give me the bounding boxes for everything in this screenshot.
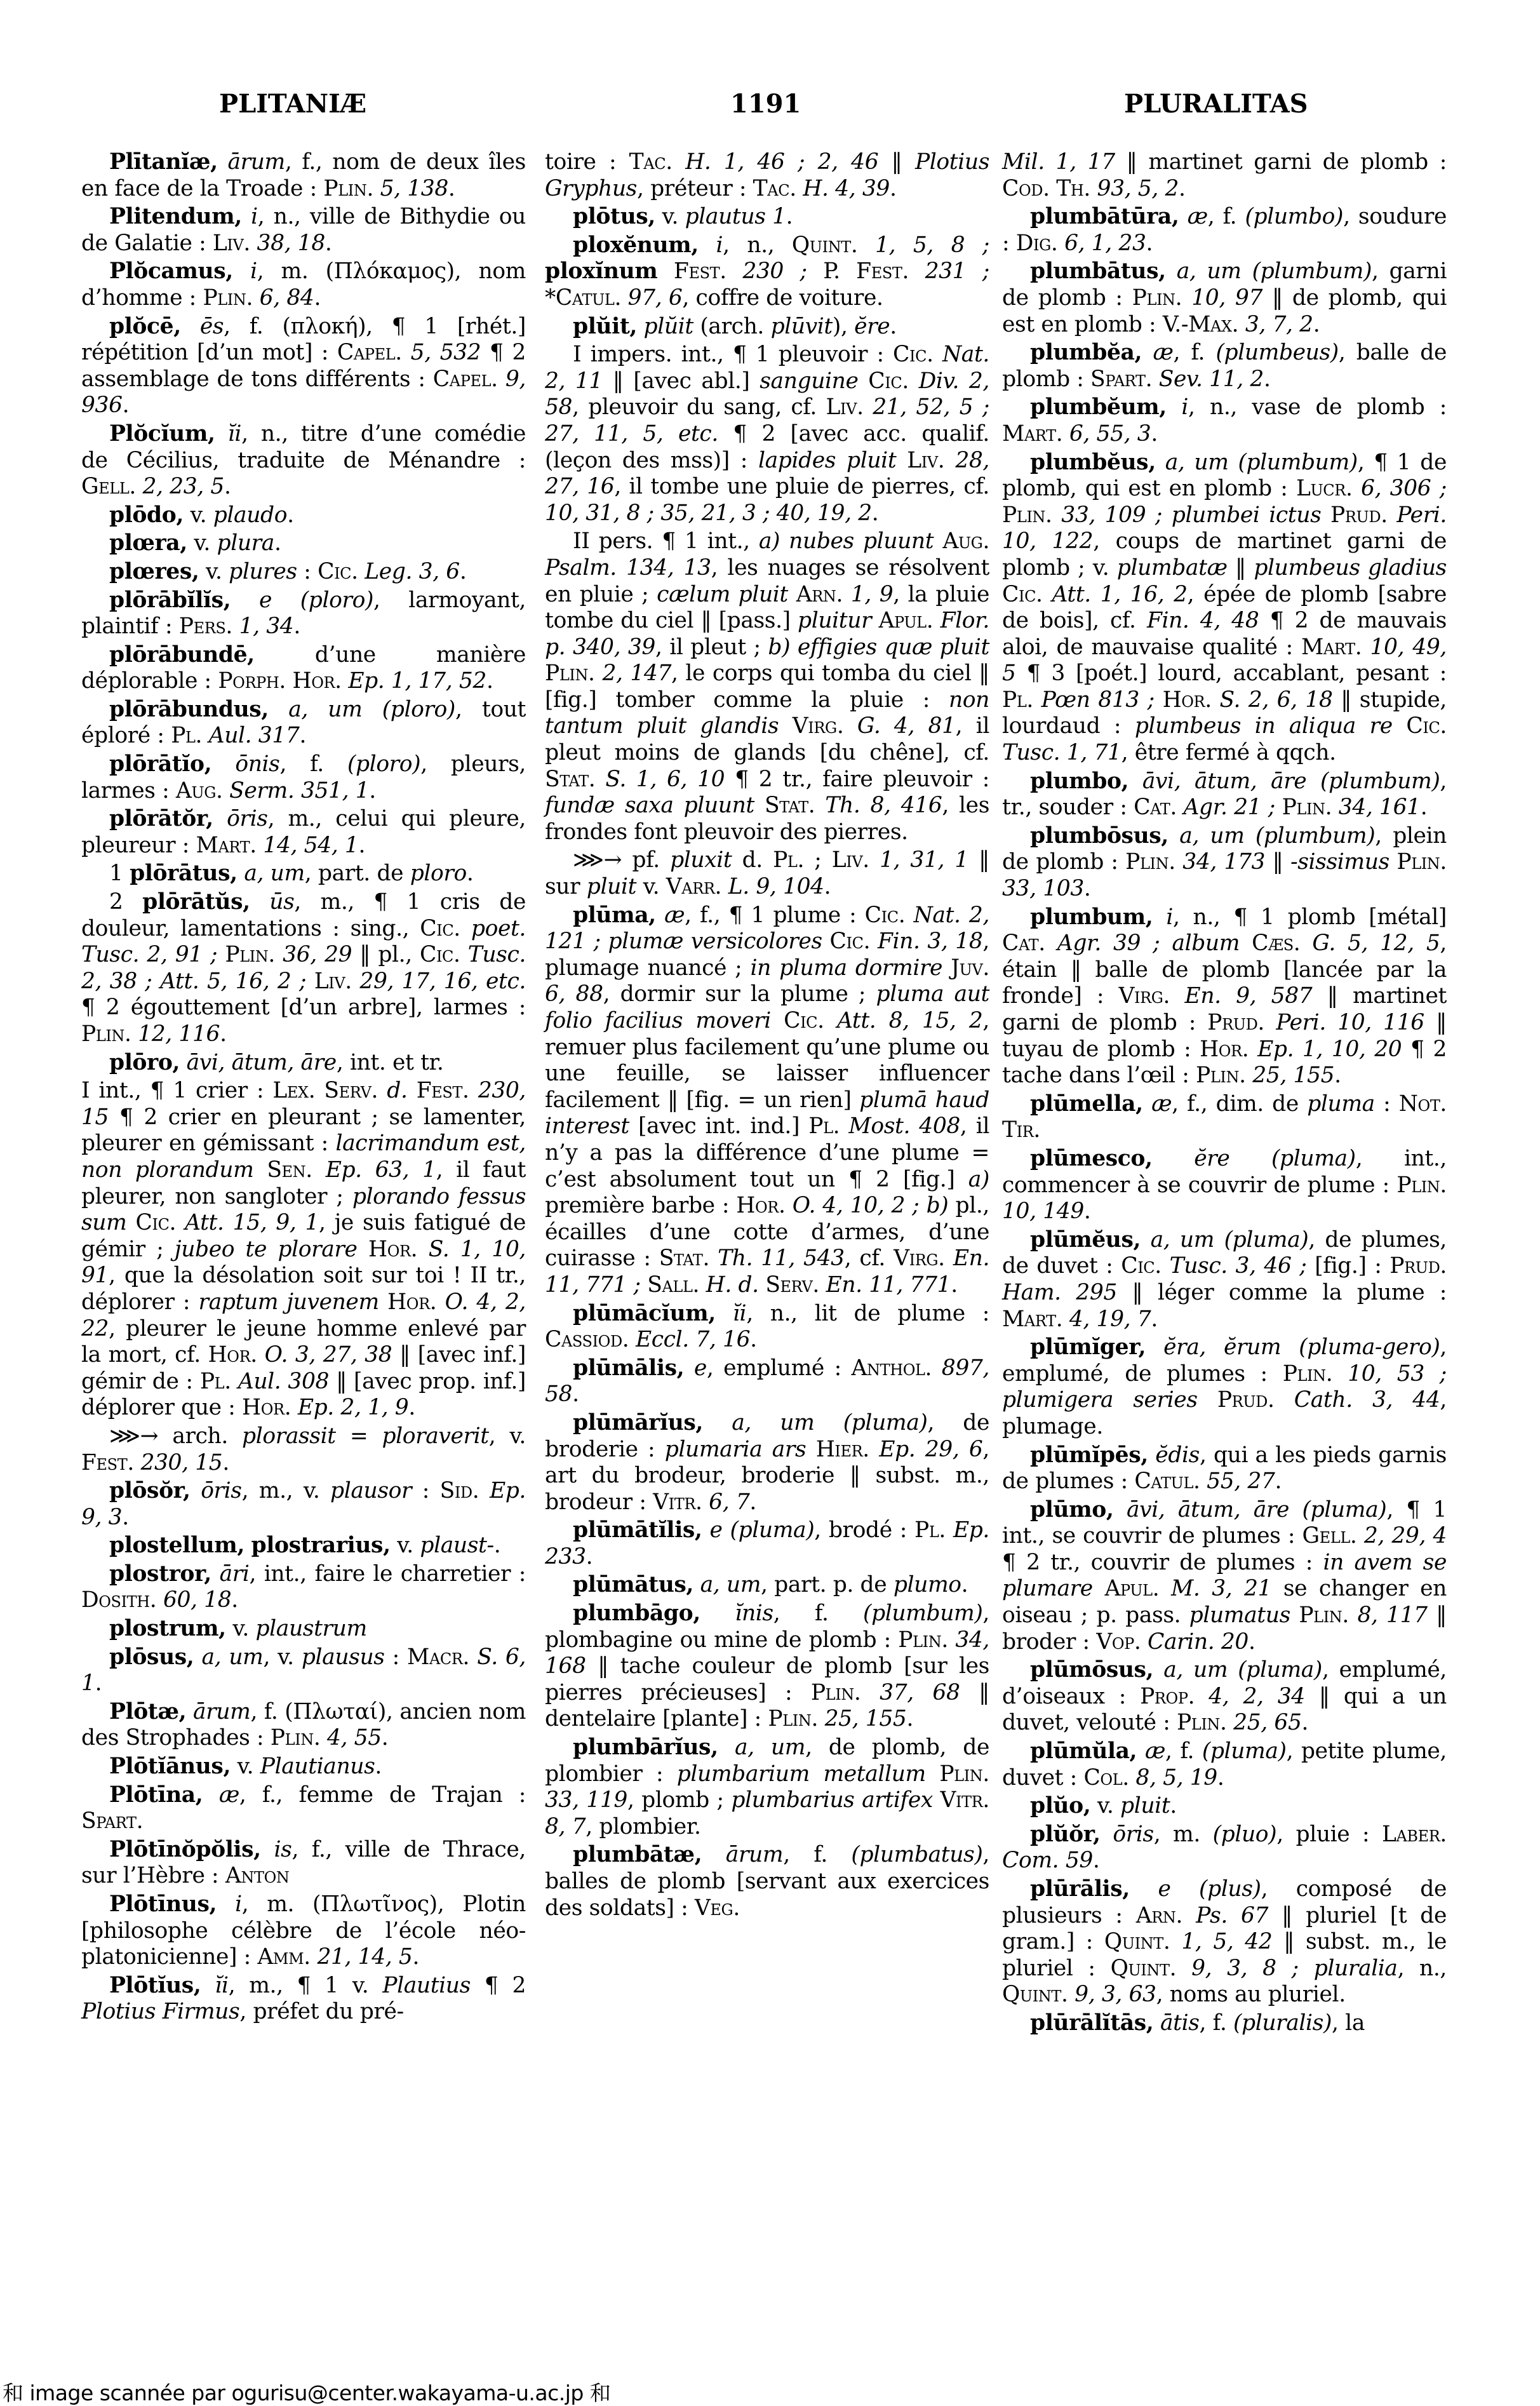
author-abbreviation: Plin (768, 1706, 811, 1731)
italic-text: 2, 147 (602, 661, 671, 686)
italic-text: 9, 3, 63 (1075, 1982, 1156, 2007)
entry-text (693, 1572, 700, 1597)
italic-text: plausus (302, 1644, 385, 1670)
entry-text: (arch. (693, 314, 771, 339)
entry-text (244, 1533, 251, 1558)
italic-text: M. 3, 21 (1171, 1576, 1271, 1601)
entry-text: , plomb ; (627, 1787, 731, 1813)
dictionary-entry: plostror, āri, int., faire le charretier… (81, 1561, 526, 1614)
entry-text: . (1440, 1253, 1447, 1279)
italic-text: En. 9, 587 (1185, 983, 1313, 1009)
headword: plūma, (573, 903, 656, 928)
entry-text: . (1239, 1063, 1252, 1088)
headword: Plītanĭæ, (109, 149, 218, 175)
entry-text: . (890, 176, 897, 201)
entry-text: . (314, 1725, 327, 1751)
entry-text: , préteur : (637, 176, 753, 201)
entry-text: . (491, 366, 506, 392)
author-abbreviation: Gell (1302, 1523, 1350, 1549)
dictionary-entry: plūmācĭum, ĭi, n., lit de plume : Cassio… (545, 1301, 989, 1354)
italic-text: Th. 11, 543 (718, 1246, 845, 1271)
entry-text: . (812, 1272, 826, 1298)
headword: plōrābundus, (109, 697, 269, 722)
entry-text: . (95, 1670, 102, 1696)
entry-text: [fig.] : (1306, 1253, 1389, 1279)
entry-text: . (789, 176, 803, 201)
entry-text: . (1346, 476, 1361, 501)
entry-text: . (693, 1272, 706, 1298)
entry-text (253, 1157, 267, 1183)
italic-text: i (235, 1892, 242, 1917)
italic-text: i (250, 259, 257, 284)
entry-text: , f. (279, 751, 347, 777)
dictionary-entry: plōsŏr, ōris, m., v. plausor : Sid. Ep. … (81, 1478, 526, 1531)
entry-text: . (925, 1355, 942, 1381)
author-abbreviation: Cat (1134, 795, 1170, 820)
italic-text: plumbeus gladius (1254, 555, 1447, 581)
entry-text (1153, 904, 1166, 930)
entry-text (779, 713, 793, 739)
italic-text: is (274, 1837, 291, 1862)
italic-text: Ham. 295 (1002, 1280, 1117, 1305)
entry-text: . (1146, 231, 1153, 256)
entry-text: , m. (1154, 1822, 1213, 1847)
italic-text: 1, 34 (239, 614, 294, 639)
author-abbreviation: P. Fest (823, 259, 902, 284)
author-abbreviation: Apul (1104, 1576, 1152, 1601)
entry-text: , préfet du pré- (239, 1999, 403, 2024)
author-abbreviation: Anthol (851, 1355, 925, 1381)
italic-text: 6, 7 (709, 1489, 749, 1515)
entry-text (203, 1782, 218, 1808)
entry-text (1198, 1387, 1217, 1413)
entry-text (306, 969, 314, 994)
headword: plūmĕus, (1030, 1227, 1141, 1253)
italic-text: 4, 2, 34 (1209, 1684, 1305, 1709)
italic-text: 34, 161 (1339, 795, 1421, 820)
author-abbreviation: Arn (796, 582, 836, 607)
entry-text: toire : (545, 149, 629, 175)
dictionary-entry: I int., ¶ 1 crier : Lex. Serv. d. Fest. … (81, 1078, 526, 1421)
entry-text: . (1151, 421, 1158, 447)
entry-text (1128, 769, 1142, 794)
entry-text: : (412, 1478, 439, 1503)
entry-text: . (586, 1544, 593, 1569)
entry-text: , n., vase de plomb : (1188, 394, 1447, 420)
author-abbreviation: Catul (1134, 1468, 1193, 1494)
entry-text: , il pleut ; (655, 635, 768, 660)
entry-text: . (1155, 1253, 1169, 1279)
entry-text: , int. et tr. (337, 1050, 444, 1075)
author-abbreviation: Cic (136, 1210, 170, 1235)
italic-text: Cath. 3, 44 (1294, 1387, 1440, 1413)
entry-text: . (836, 582, 850, 607)
italic-text: S. 2, 6, 18 (1220, 687, 1333, 713)
entry-text (759, 1272, 766, 1298)
headword: ploxĕnum, (573, 232, 699, 258)
entry-text (269, 697, 288, 722)
headword: plūmātus, (573, 1572, 693, 1597)
author-abbreviation: Cic (1121, 1253, 1155, 1279)
entry-text: . (372, 1078, 387, 1103)
entry-text: . (453, 916, 471, 941)
entry-text: . (862, 847, 880, 873)
author-abbreviation: Veg (695, 1895, 733, 1921)
entry-text: . (494, 1533, 501, 1558)
author-abbreviation: Prud (1330, 502, 1381, 528)
author-abbreviation: V.-Max (1163, 312, 1232, 337)
author-abbreviation: Mart (1301, 635, 1355, 660)
italic-text: ĕra, ĕrum (pluma-gero) (1163, 1334, 1440, 1360)
dictionary-entry: plūmĭpēs, ĕdis, qui a les pieds garnis d… (1002, 1442, 1447, 1495)
author-abbreviation: Hor (368, 1237, 411, 1262)
italic-text: Eccl. 7, 16 (636, 1327, 750, 1352)
italic-text: 230 ; (742, 259, 807, 284)
entry-text: . (1093, 1848, 1100, 1873)
entry-text: v. (636, 874, 666, 899)
entry-text (1146, 1334, 1163, 1360)
italic-text: a, um (plumbum) (1177, 259, 1372, 284)
author-abbreviation: Pl (773, 847, 797, 873)
entry-text: . (1313, 312, 1320, 337)
entry-text (1321, 502, 1330, 528)
entry-text: , n., (723, 232, 792, 258)
entry-text (1113, 1497, 1127, 1522)
italic-text: Ep. 29, 6 (879, 1437, 982, 1462)
entry-text: , v. (489, 1423, 526, 1449)
dictionary-entry: plūmātus, a, um, part. p. de plumo. (545, 1572, 989, 1599)
author-abbreviation: Plin (203, 285, 246, 311)
author-abbreviation: Cæs (1252, 931, 1294, 956)
italic-text: G. 4, 81 (857, 713, 956, 739)
entry-text: . (222, 1450, 229, 1475)
entry-text: , f., femme de Trajan : (239, 1782, 526, 1808)
entry-text (699, 232, 716, 258)
entry-text: ¶ 2 (471, 1973, 526, 1998)
italic-text: 1, 5, 42 (1181, 1929, 1272, 1954)
entry-text: . (243, 231, 257, 256)
entry-text (218, 149, 228, 175)
italic-text: 12, 116 (138, 1021, 220, 1047)
headword: plūmōsus, (1030, 1657, 1153, 1683)
headword: plūmella, (1030, 1091, 1143, 1117)
italic-text: Psalm. 134, 13 (545, 555, 711, 581)
entry-text: . (589, 767, 606, 792)
headword: plŏcē, (109, 314, 181, 339)
italic-text: a, um (735, 1735, 805, 1760)
author-abbreviation: Hor (1163, 687, 1205, 713)
entry-text (896, 448, 907, 473)
dictionary-entry: plŭŏr, ōris, m. (pluo), pluie : Laber. C… (1002, 1822, 1447, 1874)
entry-text: . (1275, 1468, 1282, 1494)
headword: plœra, (109, 530, 187, 556)
italic-text: i (1166, 904, 1173, 930)
entry-text: . (939, 1517, 953, 1543)
italic-text: āvi, ātum, āre (plumbum) (1142, 769, 1440, 794)
italic-text: 4, 55 (327, 1725, 382, 1751)
author-abbreviation: Liv (213, 231, 244, 256)
entry-text (942, 955, 951, 981)
headword: plūrālis, (1030, 1876, 1130, 1902)
entry-text: . (250, 833, 263, 858)
entry-text: . (902, 259, 925, 284)
entry-text: . (268, 942, 283, 967)
italic-text: ploro (410, 861, 467, 886)
italic-text: 25, 155 (1252, 1063, 1334, 1088)
italic-text: āvi, ātum, āre (pluma) (1127, 1497, 1386, 1522)
author-abbreviation: Juv (951, 955, 982, 981)
author-abbreviation: Vitr (653, 1489, 695, 1515)
entry-text: , f. (1173, 340, 1215, 365)
headword: plūmālis, (573, 1355, 684, 1381)
italic-text: 6, 84 (260, 285, 314, 311)
entry-text (261, 1837, 274, 1862)
entry-text: . (1421, 795, 1428, 820)
italic-text: 10, 149 (1002, 1199, 1084, 1224)
dictionary-entry: ⋙→ arch. plorassit = ploraverit, v. Fest… (81, 1423, 526, 1476)
entry-text: . (951, 1272, 958, 1298)
author-abbreviation: Virg (793, 713, 837, 739)
entry-text (217, 1892, 235, 1917)
italic-text: Fin. 3, 18 (878, 929, 982, 954)
italic-text: Serm. 351, 1 (229, 778, 369, 803)
italic-text: (pluma) (1202, 1738, 1287, 1764)
entry-text (641, 1272, 648, 1298)
entry-text: . (460, 559, 467, 584)
headword: plostrum, (109, 1616, 226, 1641)
dictionary-entry: plumbo, āvi, ātum, āre (plumbum), tr., s… (1002, 769, 1447, 821)
entry-text: . (1038, 931, 1057, 956)
italic-text: e (pluma) (710, 1517, 815, 1543)
dictionary-entry: Plŏcĭum, ĭi, n., titre d’une comédie de … (81, 421, 526, 501)
entry-text: . (786, 204, 793, 229)
entry-text: . (1170, 1956, 1191, 1981)
entry-text: . (196, 723, 209, 748)
entry-text: . (1294, 931, 1313, 956)
italic-text: i (716, 232, 723, 258)
italic-text: -sissimus (1290, 849, 1389, 875)
author-abbreviation: Fest (674, 259, 720, 284)
entry-text: , pluie : (1276, 1822, 1382, 1847)
author-abbreviation: Prud (1389, 1253, 1440, 1279)
author-abbreviation: Varr (666, 874, 715, 899)
dictionary-entry: Mil. 1, 17 ‖ martinet garni de plomb : C… (1002, 149, 1447, 202)
entry-text: , f. (1200, 2010, 1233, 2036)
entry-text (807, 259, 824, 284)
entry-text: . (1056, 1307, 1069, 1332)
entry-text: . (358, 833, 365, 858)
entry-text: . (412, 1944, 419, 1970)
italic-text: Att. 15, 9, 1 (185, 1210, 319, 1235)
entry-text: ⋙→ arch. (109, 1423, 242, 1449)
author-abbreviation: Virg (1118, 983, 1163, 1009)
headword: plūrālĭtās, (1030, 2010, 1153, 2036)
dictionary-entry: plūmārĭus, a, um (pluma), de broderie : … (545, 1410, 989, 1516)
headword: Plitendum, (109, 204, 242, 229)
headword: plœres, (109, 559, 199, 584)
italic-text: 25, 65 (1233, 1710, 1301, 1735)
italic-text: Leg. 3, 6 (365, 559, 460, 584)
author-abbreviation: Liv (314, 969, 345, 994)
italic-text: 231 ; (925, 259, 989, 284)
scan-credit-footer: 和 image scannée par ogurisu@center.wakay… (3, 2377, 610, 2406)
italic-text: ārum (193, 1699, 250, 1724)
entry-text: . (285, 1395, 298, 1420)
headword: plŭo, (1030, 1793, 1090, 1818)
italic-text: 230, 15 (140, 1450, 222, 1475)
italic-text: 97, 6 (628, 285, 683, 311)
entry-text: , pleuvoir du sang, cf. (572, 394, 826, 420)
author-abbreviation: Vop (1096, 1629, 1134, 1655)
italic-text: 33, 109 ; plumbei ictus (1061, 502, 1321, 528)
author-abbreviation: Plin (1396, 1173, 1440, 1198)
entry-text: II pers. ¶ 1 int., (573, 528, 759, 554)
entry-text (1156, 450, 1165, 475)
entry-text: , part. de (305, 861, 410, 886)
italic-text: pluma (1307, 1091, 1375, 1117)
entry-text: . (695, 1489, 709, 1515)
headword: Plōtæ, (109, 1699, 186, 1724)
dictionary-entry: plumbōsus, a, um (plumbum), plein de plo… (1002, 823, 1447, 903)
entry-text (771, 1008, 784, 1033)
italic-text: Th. 8, 416 (825, 793, 942, 818)
entry-text: ‖ (878, 149, 915, 175)
entry-text: . (486, 668, 493, 694)
headword: plōrātĭo, (109, 751, 211, 777)
author-abbreviation: Cic (1002, 582, 1036, 607)
italic-text: H. 4, 39 (803, 176, 890, 201)
entry-text: . (375, 1754, 382, 1779)
entry-text: : (1375, 1091, 1399, 1117)
author-abbreviation: Col (1083, 1765, 1122, 1791)
dictionary-entry: plūmo, āvi, ātum, āre (pluma), ¶ 1 int.,… (1002, 1497, 1447, 1656)
entry-text: . (122, 1505, 129, 1530)
dictionary-entry: I impers. int., ¶ 1 pleuvoir : Cic. Nat.… (545, 342, 989, 527)
dictionary-entry: Plōtĭānus, v. Plautianus. (81, 1754, 526, 1780)
dictionary-entry: plumbum, i, n., ¶ 1 plomb [métal] Cat. A… (1002, 904, 1447, 1089)
page-header: PLITANIÆ 1191 PLURALITAS (0, 89, 1540, 127)
entry-text: . (864, 929, 878, 954)
italic-text: (plumbum) (863, 1601, 982, 1626)
italic-text: pluxit (670, 847, 732, 873)
italic-text: Ep. 63, 1 (326, 1157, 436, 1183)
headword: plōsŏr, (109, 1478, 191, 1503)
entry-text (700, 1601, 735, 1626)
entry-text: . (345, 969, 359, 994)
entry-text: . (299, 723, 306, 748)
entry-text: . (351, 559, 365, 584)
author-abbreviation: Capel (337, 340, 395, 365)
entry-text: , emplumé : (707, 1355, 852, 1381)
entry-text: . (1033, 1117, 1040, 1143)
dictionary-entry: plōtus, v. plautus 1. (545, 204, 989, 231)
italic-text: 60, 18 (163, 1587, 231, 1613)
entry-text (1101, 1822, 1113, 1847)
author-abbreviation: Quint (1104, 1929, 1163, 1954)
entry-text: . (1350, 1523, 1364, 1549)
entry-text (194, 1644, 201, 1670)
entry-text (702, 1842, 725, 1867)
entry-text (637, 314, 644, 339)
italic-text: Aul. 317 (209, 723, 300, 748)
headword: plumbātus, (1030, 259, 1166, 284)
entry-text: . (1242, 1037, 1257, 1062)
italic-text: a, um (plumbum) (1165, 450, 1358, 475)
entry-text: ¶ 3 [poét.] lourd, accablant, pesant : (1016, 661, 1447, 686)
entry-text: . (395, 340, 410, 365)
italic-text: 21, 14, 5 (317, 1944, 412, 1970)
entry-text: . (854, 1680, 880, 1705)
entry-text (684, 1355, 694, 1381)
italic-text: 55, 27 (1207, 1468, 1275, 1494)
entry-text: . (1153, 1576, 1171, 1601)
entry-text: . (749, 1489, 756, 1515)
entry-text (703, 1410, 732, 1435)
entry-text: . (1302, 1710, 1309, 1735)
author-abbreviation: Virg (894, 1246, 938, 1271)
italic-text: 2, 29, 4 (1364, 1523, 1447, 1549)
author-abbreviation: Mart (1002, 421, 1056, 447)
author-abbreviation: Prop (1140, 1684, 1188, 1709)
italic-text: 1, 9 (851, 582, 893, 607)
entry-text: . (982, 955, 989, 981)
italic-text: 93, 5, 2 (1097, 176, 1179, 201)
entry-text (934, 528, 942, 554)
entry-text (250, 889, 270, 915)
italic-text: Plautius (382, 1973, 471, 1998)
entry-text: . (1151, 1307, 1158, 1332)
entry-text (379, 1289, 387, 1315)
entry-text (186, 1699, 193, 1724)
dictionary-entry: plōrātĭo, ōnis, f. (ploro), pleurs, larm… (81, 751, 526, 804)
italic-text: 4, 19, 7 (1069, 1307, 1151, 1332)
entry-text: . (982, 1761, 989, 1787)
dictionary-entry: Plītanĭæ, ārum, f., nom de deux îles en … (81, 149, 526, 202)
entry-text: , f. (783, 1842, 851, 1867)
entry-text: . (1175, 285, 1192, 311)
entry-text: ), (833, 314, 854, 339)
entry-text (656, 903, 664, 928)
entry-text (1290, 1603, 1299, 1628)
italic-text: 34, 173 (1182, 849, 1265, 875)
entry-text: . (463, 1644, 478, 1670)
italic-text: ĕdis (1155, 1442, 1200, 1468)
italic-text: lapides pluit (758, 448, 896, 473)
dictionary-entry: plŭo, v. pluit. (1002, 1793, 1447, 1820)
entry-text: . (1163, 983, 1185, 1009)
italic-text: 6, 306 ; (1361, 476, 1447, 501)
italic-text: 1, 5, 8 ; (875, 232, 989, 258)
entry-text (408, 1078, 417, 1103)
dictionary-entry: plūrālĭtās, ātis, f. (pluralis), la (1002, 2010, 1447, 2037)
author-abbreviation: Tac (629, 149, 666, 175)
italic-text: Agr. 21 ; (1184, 795, 1276, 820)
dictionary-entry: plumbĕa, æ, f. (plumbeus), balle de plom… (1002, 340, 1447, 393)
italic-text: ātis (1160, 2010, 1200, 2036)
entry-text (201, 1973, 215, 1998)
entry-text: , v. (263, 1644, 301, 1670)
entry-text: v. (1090, 1793, 1120, 1818)
author-abbreviation: Cic (1406, 713, 1440, 739)
author-abbreviation: Tac (753, 176, 790, 201)
author-abbreviation: Plin (1396, 849, 1440, 875)
entry-text: . (369, 778, 376, 803)
entry-text: . (808, 793, 826, 818)
author-abbreviation: Fest (417, 1078, 462, 1103)
dictionary-entry: II pers. ¶ 1 int., a) nubes pluunt Aug. … (545, 528, 989, 845)
entry-text: . (224, 1369, 238, 1394)
entry-text: . (305, 1157, 325, 1183)
